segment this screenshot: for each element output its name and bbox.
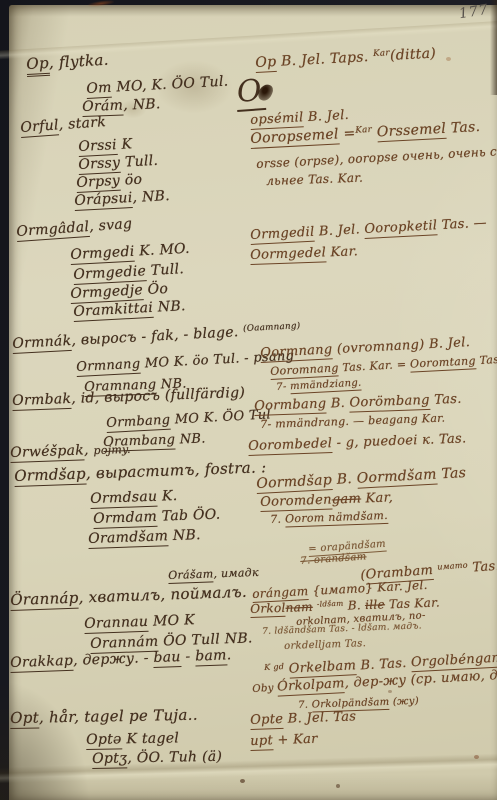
manuscript-word: Ormgedi bbox=[70, 244, 135, 265]
manuscript-word: + Kar bbox=[273, 732, 318, 749]
manuscript-line: Orssi K bbox=[78, 137, 133, 155]
manuscript-word: Ormbang bbox=[106, 413, 171, 433]
manuscript-word: NB. bbox=[168, 527, 201, 544]
manuscript-word: Orssy bbox=[78, 155, 121, 175]
manuscript-word: , flytka. bbox=[48, 51, 109, 72]
manuscript-word: , ÖO. Tuh (ä) bbox=[127, 749, 222, 767]
manuscript-word: , держу. - bbox=[73, 650, 154, 669]
manuscript-word: (жу) bbox=[389, 696, 419, 708]
manuscript-word: Oormbang bbox=[254, 396, 327, 415]
manuscript-word: Oorömbang bbox=[349, 393, 430, 412]
manuscript-word: NB. bbox=[153, 298, 186, 316]
manuscript-word: , svag bbox=[89, 216, 133, 235]
manuscript-word: Opte bbox=[250, 712, 284, 730]
manuscript-word: имато bbox=[437, 560, 468, 571]
manuscript-word: . bbox=[226, 647, 231, 663]
manuscript-photo: 177 O Op, flytka.Om MO, K. ÖO Tul.Orám, … bbox=[0, 0, 497, 800]
manuscript-word: Tas. bbox=[475, 353, 497, 367]
manuscript-word: Optə bbox=[86, 731, 122, 749]
manuscript-word: Ormgedil bbox=[250, 225, 315, 245]
manuscript-word: Tas. — bbox=[437, 216, 487, 234]
manuscript-word: B. Tas. bbox=[356, 656, 412, 674]
manuscript-word: , hår, tagel pe Tuja.. bbox=[39, 706, 198, 727]
manuscript-line: 7. Oorom nämdšam. bbox=[270, 510, 388, 526]
manuscript-word: Tas Kar. bbox=[385, 595, 441, 611]
manuscript-word: Tas. bbox=[430, 392, 462, 408]
manuscript-word: Orssemel bbox=[377, 121, 447, 142]
ink-speck bbox=[336, 784, 340, 788]
manuscript-word: öo bbox=[120, 172, 143, 189]
manuscript-word: Tas.)? bbox=[468, 558, 497, 576]
manuscript-line: Optʒ, ÖO. Tuh (ä) bbox=[92, 750, 222, 768]
page-curl-shadow bbox=[0, 680, 90, 800]
manuscript-word: - bbox=[180, 649, 195, 665]
manuscript-word: Orápsui bbox=[74, 190, 133, 211]
manuscript-word: Órkolpam bbox=[277, 676, 345, 696]
manuscript-word: K tagel bbox=[122, 730, 180, 747]
manuscript-word: Ormnák bbox=[12, 333, 72, 354]
manuscript-word: 7. bbox=[298, 700, 312, 711]
manuscript-word: Tas bbox=[436, 465, 466, 483]
manuscript-word: Ormdsau bbox=[90, 489, 158, 509]
manuscript-word: = bbox=[338, 125, 356, 142]
manuscript-line: Ormdsau K. bbox=[90, 489, 178, 507]
manuscript-word: Orannau bbox=[84, 614, 149, 634]
manuscript-word: 7- bbox=[276, 381, 290, 393]
manuscript-word: Tull. bbox=[146, 261, 185, 279]
manuscript-word: Tab ÖO. bbox=[157, 507, 221, 525]
manuscript-word: K gd bbox=[264, 662, 285, 672]
foxing-spot bbox=[474, 755, 479, 759]
manuscript-word: , имадк bbox=[213, 566, 259, 581]
manuscript-word: Oorombedel bbox=[248, 436, 333, 455]
manuscript-word: Kar bbox=[373, 48, 390, 59]
manuscript-word: Om bbox=[86, 80, 112, 99]
manuscript-word: MO K bbox=[148, 612, 195, 630]
manuscript-word: Op bbox=[255, 54, 277, 73]
manuscript-word: B. bbox=[326, 396, 350, 412]
book-edge-right bbox=[490, 0, 497, 95]
manuscript-word: Tas. bbox=[446, 119, 481, 137]
manuscript-word: Kar bbox=[355, 125, 372, 136]
manuscript-word: ille bbox=[365, 597, 385, 612]
manuscript-word: pojmy. bbox=[93, 443, 131, 457]
manuscript-word: ÖO Tull NB. bbox=[158, 630, 253, 649]
manuscript-word: Orakkap bbox=[10, 653, 73, 673]
foxing-spot bbox=[388, 690, 392, 693]
manuscript-word: K. MO. bbox=[134, 241, 190, 260]
manuscript-word: Op bbox=[26, 54, 50, 77]
manuscript-line: Optə K tagel bbox=[86, 731, 179, 748]
manuscript-word: , stark bbox=[58, 114, 106, 133]
manuscript-word: Ormnang bbox=[76, 357, 141, 377]
manuscript-word: gam bbox=[332, 491, 362, 507]
manuscript-word: Ooromden bbox=[260, 493, 332, 512]
manuscript-word: Örannáp bbox=[10, 589, 79, 611]
manuscript-word: nam bbox=[285, 600, 313, 615]
manuscript-word: K bbox=[116, 136, 132, 153]
manuscript-line: Orám, NB. bbox=[82, 97, 161, 115]
manuscript-word: Opt bbox=[10, 708, 39, 728]
manuscript-word: K. bbox=[157, 488, 178, 505]
manuscript-line: Opt, hår, tagel pe Tuja.. bbox=[10, 707, 198, 727]
manuscript-word: Orful bbox=[20, 117, 59, 137]
manuscript-word: Orpsy bbox=[76, 173, 121, 193]
manuscript-word: Orssi bbox=[78, 137, 117, 156]
foxing-spot bbox=[446, 57, 451, 61]
manuscript-word: Oormgedel bbox=[250, 245, 326, 264]
manuscript-word: Ormdam bbox=[93, 509, 157, 529]
manuscript-word: Kar, bbox=[361, 490, 394, 506]
manuscript-word: B. bbox=[343, 598, 365, 613]
manuscript-word: bam bbox=[195, 647, 227, 666]
manuscript-word: Kar. bbox=[326, 244, 359, 260]
manuscript-word: B. bbox=[332, 471, 358, 488]
manuscript-word: bau bbox=[153, 649, 181, 667]
manuscript-line: upt + Kar bbox=[250, 733, 318, 750]
manuscript-word: , NB. bbox=[123, 96, 161, 113]
manuscript-word: Öo bbox=[143, 281, 169, 298]
manuscript-word: Optʒ bbox=[92, 750, 127, 768]
manuscript-word: -ldšam bbox=[317, 599, 344, 609]
manuscript-word: B. Jel. Tas bbox=[283, 709, 356, 727]
manuscript-word: upt bbox=[250, 733, 273, 750]
manuscript-word: Oramdšam bbox=[88, 528, 169, 548]
manuscript-word: opsémil bbox=[250, 110, 304, 129]
manuscript-word: Oby bbox=[252, 683, 277, 695]
manuscript-word: NB. bbox=[175, 431, 206, 447]
manuscript-word: Orášam bbox=[168, 567, 214, 583]
manuscript-word: 7. bbox=[270, 512, 285, 526]
manuscript-word: Ormdšap bbox=[14, 465, 86, 487]
manuscript-word: (Oaamnang) bbox=[243, 321, 301, 334]
manuscript-word: Orkol bbox=[250, 601, 286, 618]
manuscript-word: Ormbak bbox=[12, 391, 72, 411]
manuscript-word: Orwéšpak bbox=[10, 442, 84, 462]
manuscript-word: B. Jel. bbox=[314, 222, 365, 240]
manuscript-word: Tull. bbox=[120, 153, 159, 171]
ink-speck bbox=[240, 779, 245, 783]
manuscript-word: , NB. bbox=[132, 188, 170, 206]
manuscript-word: B. Jel. bbox=[303, 108, 349, 125]
manuscript-word: (ditta) bbox=[390, 46, 437, 64]
